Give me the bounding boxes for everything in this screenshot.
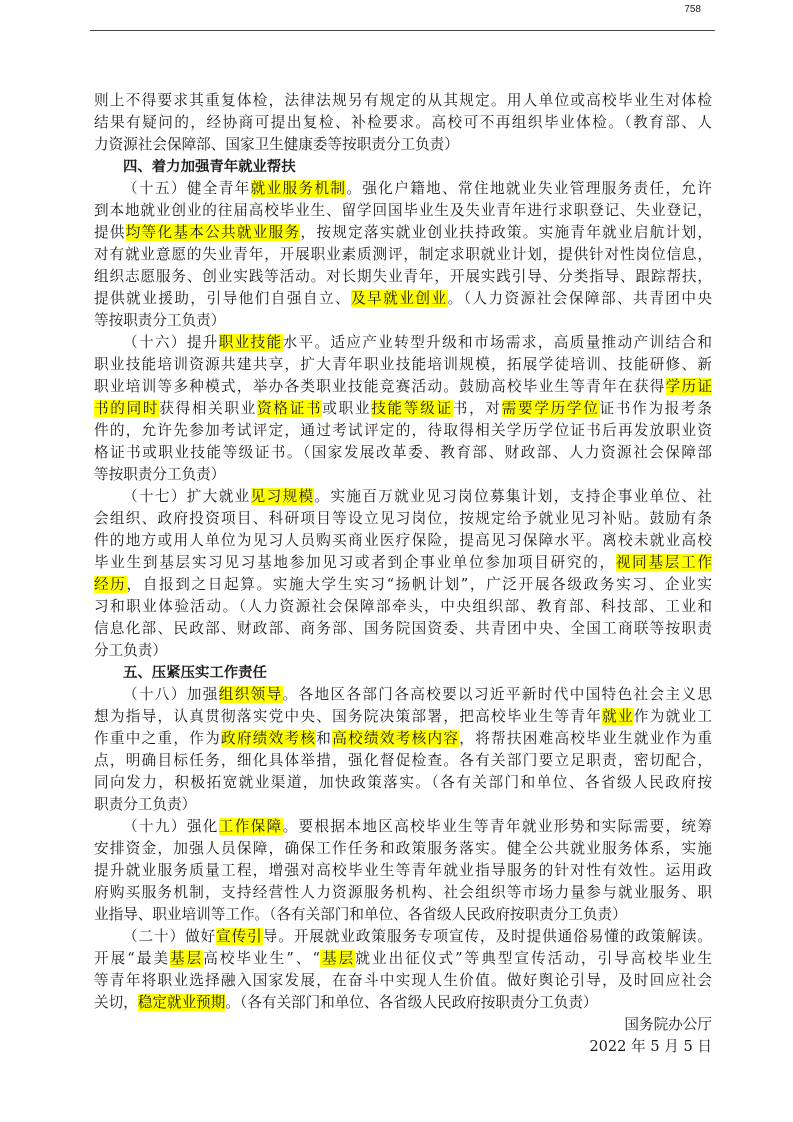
text-line: 等青年将职业选择融入国家发展，在奋斗中实现人生价值。做好舆论引导，及时回应社会: [94, 970, 712, 992]
text-line: 想为指导，认真贯彻落实党中央、国务院决策部署，把高校毕业生等青年就业作为就业工: [94, 706, 712, 728]
text-segment: （十五）健全青年: [123, 180, 251, 197]
text-line: 安排资金，加强人员保障，确保工作任务和政策服务落实。健全公共就业服务体系，实施: [94, 838, 712, 860]
text-segment: 等青年将职业选择融入国家发展，在奋斗中实现人生价值。做好舆论引导，及时回应社会: [94, 972, 712, 989]
highlighted-text: 基层: [320, 950, 355, 967]
highlighted-text: 需要学历学位: [502, 400, 600, 417]
text-line: 力资源社会保障部、国家卫生健康委等按职责分工负责）: [94, 134, 712, 156]
text-segment: 四、着力加强青年就业帮扶: [123, 159, 296, 175]
text-segment: 关切，: [94, 994, 138, 1011]
highlighted-text: 均等化基本公共就业服务: [126, 224, 301, 241]
section-heading: 五、压紧压实工作责任: [94, 662, 712, 684]
text-line: 关切，稳定就业预期。（各有关部门和单位、各省级人民政府按职责分工负责）: [94, 992, 712, 1014]
highlighted-text: 宣传引: [216, 928, 263, 945]
text-line: 则上不得要求其重复体检，法律法规另有规定的从其规定。用人单位或高校毕业生对体检: [94, 90, 712, 112]
text-line: 提供就业援助，引导他们自强自立、及早就业创业。（人力资源社会保障部、共青团中央: [94, 288, 712, 310]
text-segment: 。强化户籍地、常住地就业失业管理服务责任，允许: [346, 180, 712, 197]
text-segment: ，自报到之日起算。实施大学生实习“扬帆计划”，广泛开展各级政务实习、企业实: [127, 576, 712, 593]
text-line: （十九）强化工作保障。要根据本地区高校毕业生等青年就业形势和实际需要，统筹: [94, 816, 712, 838]
text-segment: 分工负责）: [94, 642, 167, 659]
text-line: 职业技能培训资源共建共享，扩大青年职业技能培训规模，拓展学徒培训、技能研修、新: [94, 354, 712, 376]
text-segment: （十六）提升: [123, 334, 219, 351]
text-segment: 获得相关职业: [159, 400, 257, 417]
text-segment: 格证书或职业技能等级证书。（国家发展改革委、教育部、财政部、人力资源社会保障部: [94, 444, 712, 461]
text-segment: 毕业生到基层实习见习基地参加见习或者到企事业单位参加项目研究的，: [94, 554, 616, 571]
text-line: 会组织、政府投资项目、科研项目等设立见习岗位，按规定给予就业见习补贴。鼓励有条: [94, 508, 712, 530]
highlighted-text: 见习规模: [251, 488, 315, 505]
text-segment: 职业培训等多种模式，举办各类职业技能竞赛活动。鼓励高校毕业生等青年在获得: [94, 378, 666, 395]
text-segment: 提升就业服务质量工程，增强对高校毕业生等青年就业指导服务的针对性有效性。运用政: [94, 862, 712, 879]
text-line: 开展“最美基层高校毕业生”、“基层就业出征仪式”等典型宣传活动，引导高校毕业生: [94, 948, 712, 970]
text-line: 信息化部、民政部、财政部、商务部、国务院国资委、共青团中央、全国工商联等按职责: [94, 618, 712, 640]
text-line: 毕业生到基层实习见习基地参加见习或者到企事业单位参加项目研究的，视同基层工作: [94, 552, 712, 574]
text-segment: 或职业: [322, 400, 371, 417]
text-segment: 。（各有关部门和单位、各省级人民政府按职责分工负责）: [225, 994, 597, 1011]
highlighted-text: 工作保障: [219, 818, 283, 835]
text-line: 习和职业体验活动。（人力资源社会保障部牵头，中央组织部、教育部、科技部、工业和: [94, 596, 712, 618]
highlighted-text: 稳定就业预期: [138, 994, 226, 1011]
text-line: 书的同时获得相关职业资格证书或职业技能等级证书，对需要学历学位证书作为报考条: [94, 398, 712, 420]
text-segment: 力资源社会保障部、国家卫生健康委等按职责分工负责）: [94, 136, 459, 153]
text-segment: （二十）做好: [123, 928, 216, 945]
text-segment: 2022 年 5 月 5 日: [589, 1038, 712, 1055]
text-segment: 和: [316, 730, 332, 747]
text-segment: 导。开展就业政策服务专项宣传，及时提供通俗易懂的政策解读。: [263, 928, 712, 945]
text-segment: 。实施百万就业见习岗位募集计划，支持企事业单位、社: [314, 488, 712, 505]
text-segment: 件的，允许先参加考试评定，通过考试评定的，待取得相关学历学位证书后再发放职业资: [94, 422, 712, 439]
text-segment: 同向发力，积极拓宽就业渠道，加快政策落实。（各有关部门和单位、各省级人民政府按: [94, 774, 712, 791]
text-segment: 到本地就业创业的往届高校毕业生、留学回国毕业生及失业青年进行求职登记、失业登记，: [94, 202, 712, 219]
text-line: 件的地方或用人单位为见习人员购买商业医疗保险，提高见习保障水平。离校未就业高校: [94, 530, 712, 552]
header-rule: [90, 30, 715, 31]
text-segment: 职责分工负责）: [94, 796, 196, 813]
highlighted-text: 学历证: [666, 378, 712, 395]
text-segment: 高校毕业生”、“: [203, 950, 320, 967]
text-line: （十五）健全青年就业服务机制。强化户籍地、常住地就业失业管理服务责任，允许: [94, 178, 712, 200]
text-segment: （十八）加强: [123, 686, 219, 703]
text-line: 府购买服务机制，支持经营性人力资源服务机构、社会组织等市场力量参与就业服务、职: [94, 882, 712, 904]
text-segment: 府购买服务机制，支持经营性人力资源服务机构、社会组织等市场力量参与就业服务、职: [94, 884, 712, 901]
text-line: 等按职责分工负责）: [94, 464, 712, 486]
text-segment: ，将帮扶困难高校毕业生就业作为重: [459, 730, 712, 747]
text-line: 提升就业服务质量工程，增强对高校毕业生等青年就业指导服务的针对性有效性。运用政: [94, 860, 712, 882]
text-segment: 业指导、职业培训等工作。（各有关部门和单位、各省级人民政府按职责分工负责）: [94, 906, 627, 923]
text-segment: 证书作为报考条: [600, 400, 712, 417]
text-line: 结果有疑问的，经协商可提出复检、补检要求。高校可不再组织毕业体检。（教育部、人: [94, 112, 712, 134]
text-segment: 等按职责分工负责）: [94, 312, 225, 329]
text-segment: 五、压紧压实工作责任: [123, 665, 267, 681]
text-segment: 组织志愿服务、创业实践等活动。对长期失业青年，开展实践引导、分类指导、跟踪帮扶，: [94, 268, 712, 285]
text-segment: 结果有疑问的，经协商可提出复检、补检要求。高校可不再组织毕业体检。（教育部、人: [94, 114, 712, 131]
text-segment: 提供: [94, 224, 126, 241]
text-segment: ，按规定落实就业创业扶持政策。实施青年就业启航计划，: [300, 224, 712, 241]
text-line: 经历，自报到之日起算。实施大学生实习“扬帆计划”，广泛开展各级政务实习、企业实: [94, 574, 712, 596]
highlighted-text: 就业服务机制: [251, 180, 347, 197]
highlighted-text: 书的同时: [94, 400, 159, 417]
text-segment: （十九）强化: [123, 818, 219, 835]
text-line: 对有就业意愿的失业青年，开展职业素质测评，制定求职就业计划，提供针对性岗位信息，: [94, 244, 712, 266]
text-segment: 信息化部、民政部、财政部、商务部、国务院国资委、共青团中央、全国工商联等按职责: [94, 620, 712, 637]
text-segment: 会组织、政府投资项目、科研项目等设立见习岗位，按规定给予就业见习补贴。鼓励有条: [94, 510, 712, 527]
text-segment: 提供就业援助，引导他们自强自立、: [94, 290, 351, 307]
text-segment: 。要根据本地区高校毕业生等青年就业形势和实际需要，统筹: [283, 818, 712, 835]
page-number: 758: [684, 4, 701, 15]
text-line: 同向发力，积极拓宽就业渠道，加快政策落实。（各有关部门和单位、各省级人民政府按: [94, 772, 712, 794]
text-line: 提供均等化基本公共就业服务，按规定落实就业创业扶持政策。实施青年就业启航计划，: [94, 222, 712, 244]
text-segment: 水平。适应产业转型升级和市场需求，高质量推动产训结合和: [283, 334, 712, 351]
text-segment: 开展“最美: [94, 950, 170, 967]
text-segment: 件的地方或用人单位为见习人员购买商业医疗保险，提高见习保障水平。离校未就业高校: [94, 532, 712, 549]
text-segment: 点，明确目标任务，细化具体举措，强化督促检查。各有关部门要立足职责，密切配合，: [94, 752, 712, 769]
text-line: 分工负责）: [94, 640, 712, 662]
text-line: 业指导、职业培训等工作。（各有关部门和单位、各省级人民政府按职责分工负责）: [94, 904, 712, 926]
highlighted-text: 职业技能: [219, 334, 283, 351]
text-line: 点，明确目标任务，细化具体举措，强化督促检查。各有关部门要立足职责，密切配合，: [94, 750, 712, 772]
highlighted-text: 组织领导: [219, 686, 283, 703]
text-segment: 。（人力资源社会保障部、共青团中央: [448, 290, 712, 307]
text-segment: 国务院办公厅: [624, 1016, 712, 1033]
text-segment: 作重中之重，作为: [94, 730, 221, 747]
document-body: 则上不得要求其重复体检，法律法规另有规定的从其规定。用人单位或高校毕业生对体检结…: [94, 90, 712, 1058]
text-segment: 对有就业意愿的失业青年，开展职业素质测评，制定求职就业计划，提供针对性岗位信息，: [94, 246, 712, 263]
text-segment: 安排资金，加强人员保障，确保工作任务和政策服务落实。健全公共就业服务体系，实施: [94, 840, 712, 857]
highlighted-text: 高校绩效考核内容: [332, 730, 459, 747]
highlighted-text: 政府绩效考核: [221, 730, 316, 747]
section-heading: 四、着力加强青年就业帮扶: [94, 156, 712, 178]
text-line: 件的，允许先参加考试评定，通过考试评定的，待取得相关学历学位证书后再发放职业资: [94, 420, 712, 442]
text-line: 职责分工负责）: [94, 794, 712, 816]
text-segment: （十七）扩大就业: [123, 488, 251, 505]
text-segment: 就业出征仪式”等典型宣传活动，引导高校毕业生: [355, 950, 712, 967]
text-line: 等按职责分工负责）: [94, 310, 712, 332]
text-line: 2022 年 5 月 5 日: [94, 1036, 712, 1058]
text-line: （十七）扩大就业见习规模。实施百万就业见习岗位募集计划，支持企事业单位、社: [94, 486, 712, 508]
highlighted-text: 资格证书: [257, 400, 322, 417]
text-line: 职业培训等多种模式，举办各类职业技能竞赛活动。鼓励高校毕业生等青年在获得学历证: [94, 376, 712, 398]
text-line: （十六）提升职业技能水平。适应产业转型升级和市场需求，高质量推动产训结合和: [94, 332, 712, 354]
text-segment: 等按职责分工负责）: [94, 466, 225, 483]
text-segment: 想为指导，认真贯彻落实党中央、国务院决策部署，把高校毕业生等青年: [94, 708, 602, 725]
highlighted-text: 经历: [94, 576, 127, 593]
highlighted-text: 视同基层工作: [616, 554, 712, 571]
text-segment: 职业技能培训资源共建共享，扩大青年职业技能培训规模，拓展学徒培训、技能研修、新: [94, 356, 712, 373]
text-line: 格证书或职业技能等级证书。（国家发展改革委、教育部、财政部、人力资源社会保障部: [94, 442, 712, 464]
text-segment: 。各地区各部门各高校要以习近平新时代中国特色社会主义思: [283, 686, 712, 703]
highlighted-text: 及早就业创业: [351, 290, 447, 307]
text-line: 国务院办公厅: [94, 1014, 712, 1036]
text-line: （十八）加强组织领导。各地区各部门各高校要以习近平新时代中国特色社会主义思: [94, 684, 712, 706]
text-segment: 则上不得要求其重复体检，法律法规另有规定的从其规定。用人单位或高校毕业生对体检: [94, 92, 712, 109]
highlighted-text: 基层: [170, 950, 203, 967]
text-line: 作重中之重，作为政府绩效考核和高校绩效考核内容，将帮扶困难高校毕业生就业作为重: [94, 728, 712, 750]
text-line: 到本地就业创业的往届高校毕业生、留学回国毕业生及失业青年进行求职登记、失业登记，: [94, 200, 712, 222]
text-line: （二十）做好宣传引导。开展就业政策服务专项宣传，及时提供通俗易懂的政策解读。: [94, 926, 712, 948]
text-segment: 书，对: [453, 400, 502, 417]
text-line: 组织志愿服务、创业实践等活动。对长期失业青年，开展实践引导、分类指导、跟踪帮扶，: [94, 266, 712, 288]
text-segment: 作为就业工: [634, 708, 712, 725]
highlighted-text: 技能等级证: [371, 400, 453, 417]
text-segment: 习和职业体验活动。（人力资源社会保障部牵头，中央组织部、教育部、科技部、工业和: [94, 598, 712, 615]
highlighted-text: 就业: [602, 708, 634, 725]
